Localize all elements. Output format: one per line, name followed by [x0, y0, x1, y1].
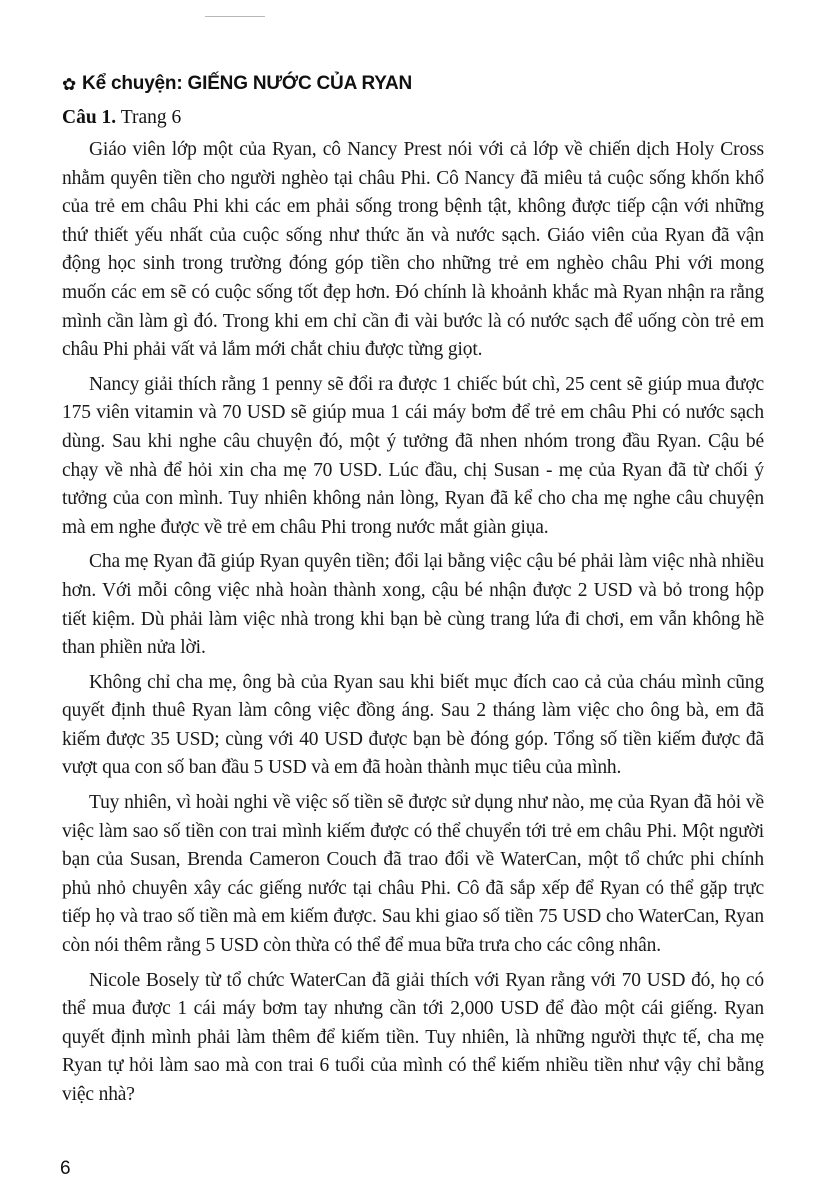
flower-bullet-icon: ✿	[62, 76, 76, 93]
question-label-line: Câu 1. Trang 6	[62, 106, 764, 130]
page-number: 6	[60, 1158, 71, 1180]
section-title: Kể chuyện: GIẾNG NƯỚC CỦA RYAN	[82, 72, 412, 96]
paragraph-4: Không chỉ cha mẹ, ông bà của Ryan sau kh…	[62, 669, 764, 783]
paragraph-6: Nicole Bosely từ tổ chức WaterCan đã giả…	[62, 967, 764, 1110]
paragraph-5: Tuy nhiên, vì hoài nghi về việc số tiền …	[62, 789, 764, 961]
section-heading: ✿ Kể chuyện: GIẾNG NƯỚC CỦA RYAN	[62, 72, 764, 96]
paragraph-3: Cha mẹ Ryan đã giúp Ryan quyên tiền; đổi…	[62, 548, 764, 662]
paragraph-1: Giáo viên lớp một của Ryan, cô Nancy Pre…	[62, 136, 764, 365]
paragraph-2: Nancy giải thích rằng 1 penny sẽ đổi ra …	[62, 371, 764, 543]
question-page-reference: Trang 6	[121, 107, 182, 128]
document-page: ✿ Kể chuyện: GIẾNG NƯỚC CỦA RYAN Câu 1. …	[62, 72, 764, 1116]
top-decorative-rule	[205, 16, 265, 17]
question-number: Câu 1.	[62, 107, 116, 128]
